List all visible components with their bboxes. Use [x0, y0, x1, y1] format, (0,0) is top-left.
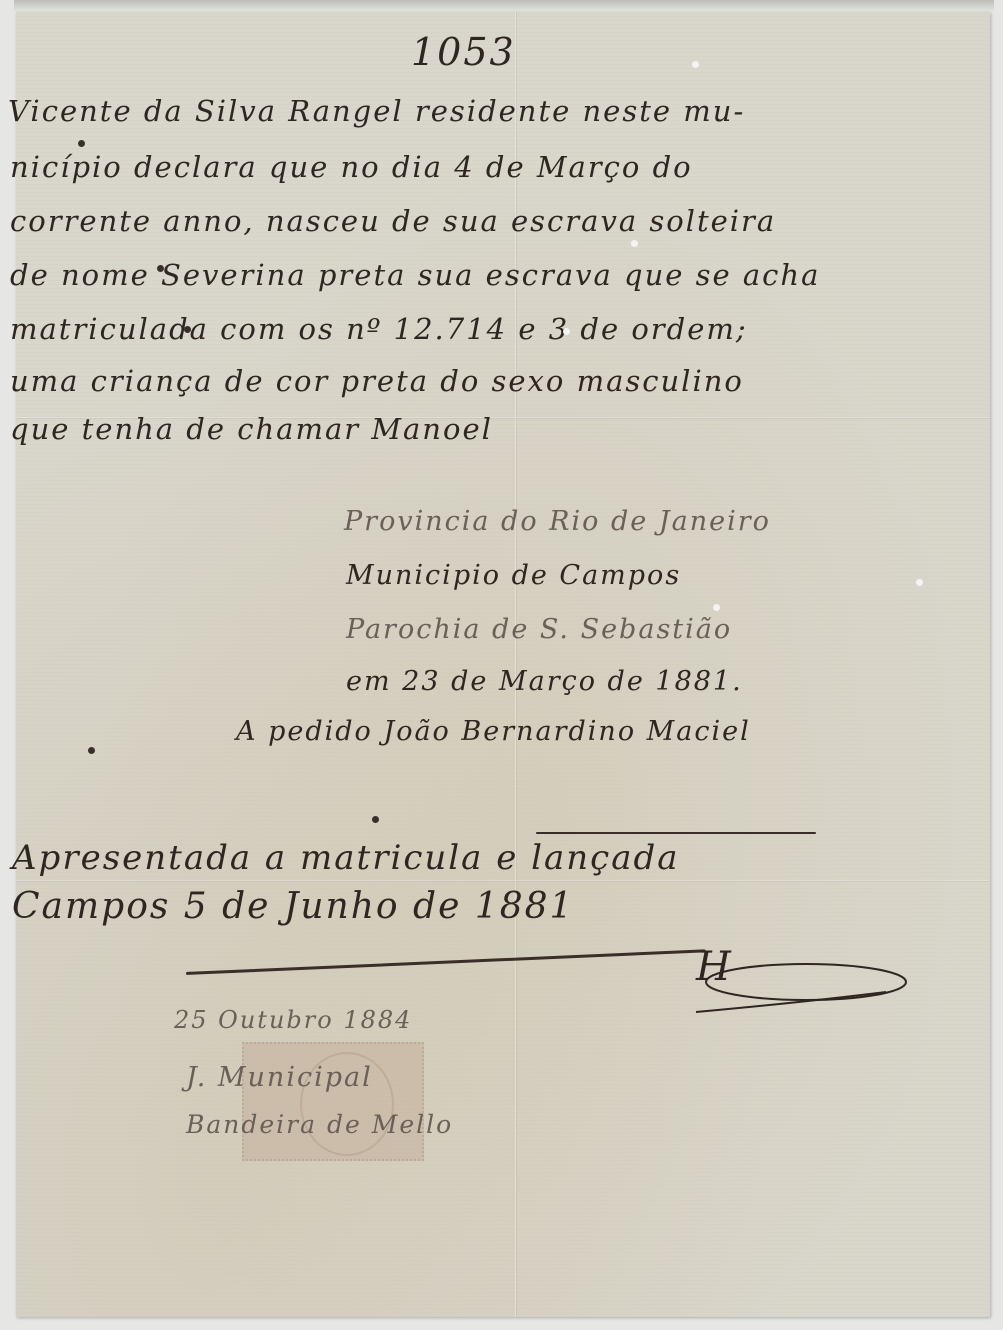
punch-hole	[916, 579, 923, 586]
revenue-stamp	[242, 1042, 424, 1161]
punch-hole	[157, 265, 164, 272]
registration-note-line-1: Apresentada a matricula e lançada	[12, 838, 680, 878]
flourish-rule	[186, 949, 706, 975]
declaration-line-4: de nome Severina preta sua escrava que s…	[10, 258, 820, 292]
province-line: Provincia do Rio de Janeiro	[344, 506, 771, 537]
document-page: 1053 Vicente da Silva Rangel residente n…	[16, 12, 990, 1317]
registration-note-line-2: Campos 5 de Junho de 1881	[12, 886, 574, 927]
declaration-line-7: que tenha de chamar Manoel	[10, 412, 493, 446]
punch-hole	[184, 326, 191, 333]
declaration-line-5: matriculada com os nº 12.714 e 3 de orde…	[10, 312, 748, 346]
endorsement-title: J. Municipal	[186, 1062, 373, 1093]
municipality-line: Municipio de Campos	[346, 560, 681, 591]
punch-hole	[692, 61, 699, 68]
declaration-line-2: nicípio declara que no dia 4 de Março do	[10, 150, 693, 184]
punch-hole	[563, 328, 570, 335]
date-line: em 23 de Março de 1881.	[346, 666, 743, 697]
register-number: 1053	[411, 30, 516, 74]
punch-hole	[88, 747, 95, 754]
signature-flourish-icon	[686, 952, 916, 1022]
scan-shadow	[14, 0, 994, 12]
endorsement-date: 25 Outubro 1884	[174, 1006, 412, 1034]
parish-line: Parochia de S. Sebastião	[346, 614, 732, 645]
endorsement-name: Bandeira de Mello	[186, 1110, 453, 1139]
declaration-line-3: corrente anno, nasceu de sua escrava sol…	[10, 204, 776, 238]
punch-hole	[78, 140, 85, 147]
punch-hole	[372, 816, 379, 823]
requester-line: A pedido João Bernardino Maciel	[236, 716, 751, 747]
declaration-line-1: Vicente da Silva Rangel residente neste …	[8, 94, 745, 128]
horizontal-fold-lower	[16, 880, 990, 882]
punch-hole	[713, 604, 720, 611]
overline-rule	[536, 832, 816, 834]
punch-hole	[631, 240, 638, 247]
declaration-line-6: uma criança de cor preta do sexo masculi…	[10, 364, 744, 398]
